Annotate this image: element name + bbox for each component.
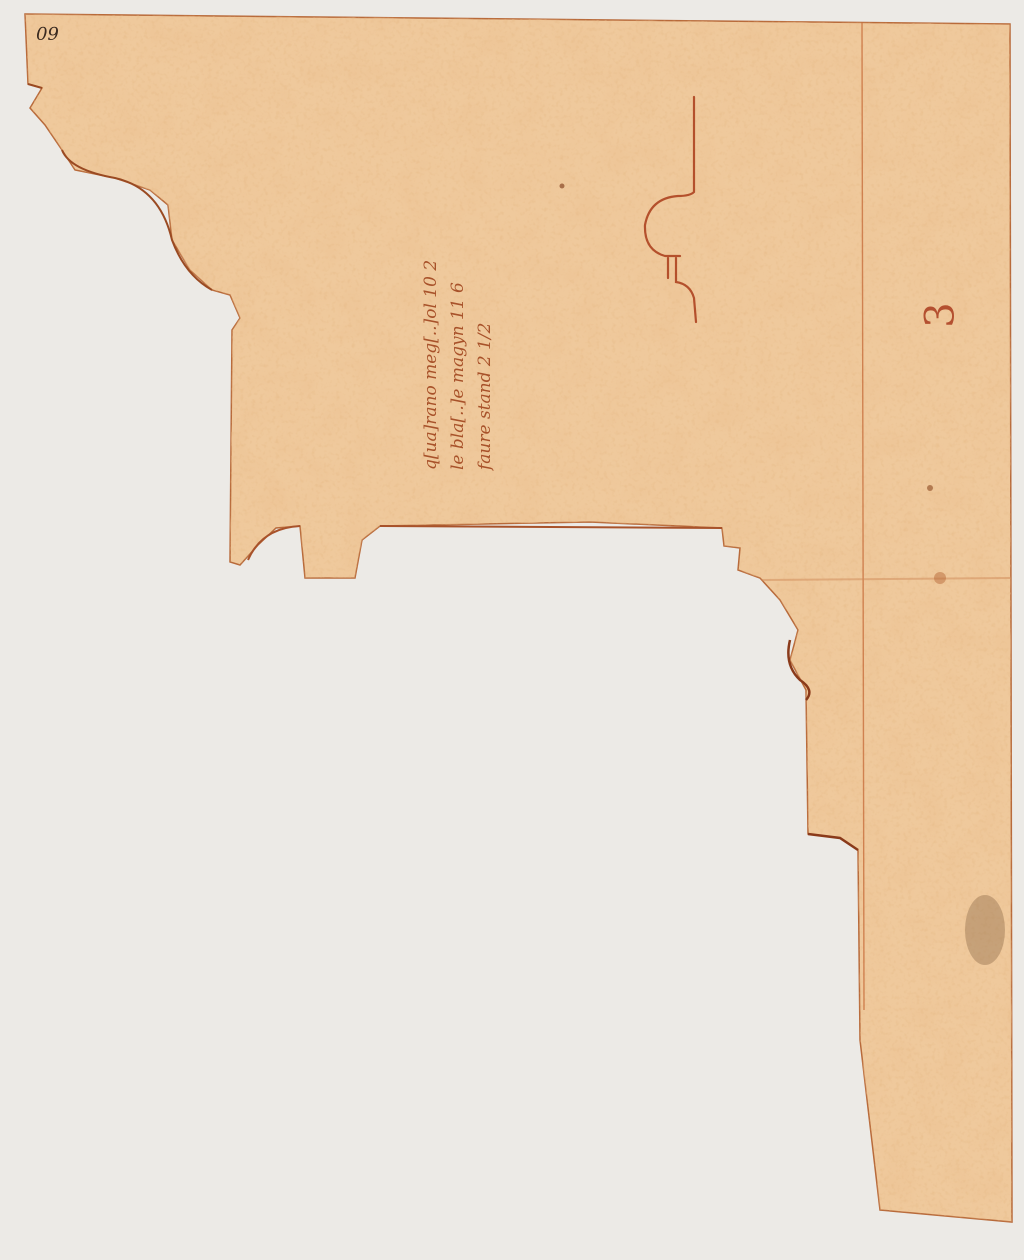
- paper-sheet: [0, 0, 1024, 1260]
- folio-number: 60: [36, 22, 59, 43]
- side-mark: 3: [918, 302, 964, 327]
- inscription-line-2: le bla[..]e magyn 11 6: [445, 260, 472, 470]
- inscription-line-3: faure stand 2 1/2: [472, 260, 499, 470]
- inscription: q[ua]rano meg[..]ol 10 2 le bla[..]e mag…: [418, 260, 499, 470]
- artwork-photograph: [0, 0, 1024, 1260]
- inscription-line-1: q[ua]rano meg[..]ol 10 2: [418, 260, 445, 470]
